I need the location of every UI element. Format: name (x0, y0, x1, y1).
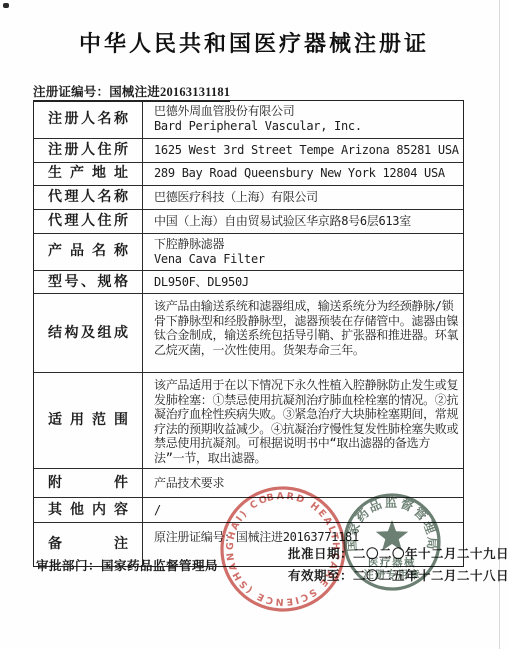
table-row: 附件 产品技术要求 (34, 469, 463, 498)
table-row: 代理人名称 巴德医疗科技（上海）有限公司 (34, 186, 463, 210)
table-row: 注册人名称 巴德外周血管股份有限公司 Bard Peripheral Vascu… (34, 101, 463, 139)
row-label-attachment: 附件 (34, 469, 143, 497)
table-row: 注册人住所 1625 West 3rd Street Tempe Arizona… (34, 139, 463, 163)
table-row: 生产地址 289 Bay Road Queensbury New York 12… (34, 163, 463, 186)
row-label-scope: 适用范围 (34, 373, 143, 468)
row-value-product-name: 下腔静脉滤器 Vena Cava Filter (143, 234, 463, 271)
approval-date: 批准日期：二〇二〇年十二月二十九日 (288, 544, 508, 562)
row-value-attachment: 产品技术要求 (143, 469, 463, 497)
row-value-production-address: 289 Bay Road Queensbury New York 12804 U… (143, 163, 463, 185)
table-row: 型号、规格 DL950F、DL950J (34, 271, 463, 294)
row-label-model-spec: 型号、规格 (34, 271, 143, 293)
row-label-registrant-name: 注册人名称 (34, 101, 143, 138)
row-label-agent-address: 代理人住所 (34, 210, 143, 233)
row-label-production-address: 生产地址 (34, 163, 143, 185)
table-row: 产品名称 下腔静脉滤器 Vena Cava Filter (34, 234, 463, 272)
row-value-other-content: / (143, 498, 463, 522)
page-title: 中华人民共和国医疗器械注册证 (0, 27, 508, 58)
row-label-registrant-address: 注册人住所 (34, 139, 143, 162)
row-label-structure: 结构及组成 (34, 294, 143, 372)
scan-artifact (3, 3, 9, 8)
row-value-model-spec: DL950F、DL950J (143, 271, 463, 293)
row-value-scope: 该产品适用于在以下情况下永久性植入腔静脉防止发生或复发肺栓塞：①禁忌使用抗凝剂治… (143, 373, 463, 468)
row-value-agent-name: 巴德医疗科技（上海）有限公司 (143, 186, 463, 209)
row-label-other-content: 其他内容 (34, 498, 143, 522)
row-value-registrant-name: 巴德外周血管股份有限公司 Bard Peripheral Vascular, I… (143, 101, 463, 138)
approval-department: 审批部门：国家药品监督管理局 (36, 556, 218, 574)
table-row: 代理人住所 中国（上海）自由贸易试验区华京路8号6层613室 (34, 210, 463, 234)
certificate-table: 注册人名称 巴德外周血管股份有限公司 Bard Peripheral Vascu… (33, 100, 464, 567)
row-value-registrant-address: 1625 West 3rd Street Tempe Arizona 85281… (143, 139, 463, 162)
certificate-page: 中华人民共和国医疗器械注册证 注册证编号：国械注进20163131181 注册人… (0, 0, 508, 649)
row-label-agent-name: 代理人名称 (34, 186, 143, 209)
row-value-agent-address: 中国（上海）自由贸易试验区华京路8号6层613室 (143, 210, 463, 233)
row-label-product-name: 产品名称 (34, 234, 143, 271)
table-row: 适用范围 该产品适用于在以下情况下永久性植入腔静脉防止发生或复发肺栓塞：①禁忌使… (34, 373, 463, 469)
valid-until-date: 有效期至：二〇二五年十二月二十八日 (288, 566, 508, 584)
row-value-structure: 该产品由输送系统和滤器组成，输送系统分为经颈静脉/锁骨下静脉型和经股静脉型，滤器… (143, 294, 463, 372)
certificate-number: 注册证编号：国械注进20163131181 (33, 82, 230, 102)
table-row: 结构及组成 该产品由输送系统和滤器组成，输送系统分为经颈静脉/锁骨下静脉型和经股… (34, 294, 463, 373)
table-row: 其他内容 / (34, 498, 463, 523)
